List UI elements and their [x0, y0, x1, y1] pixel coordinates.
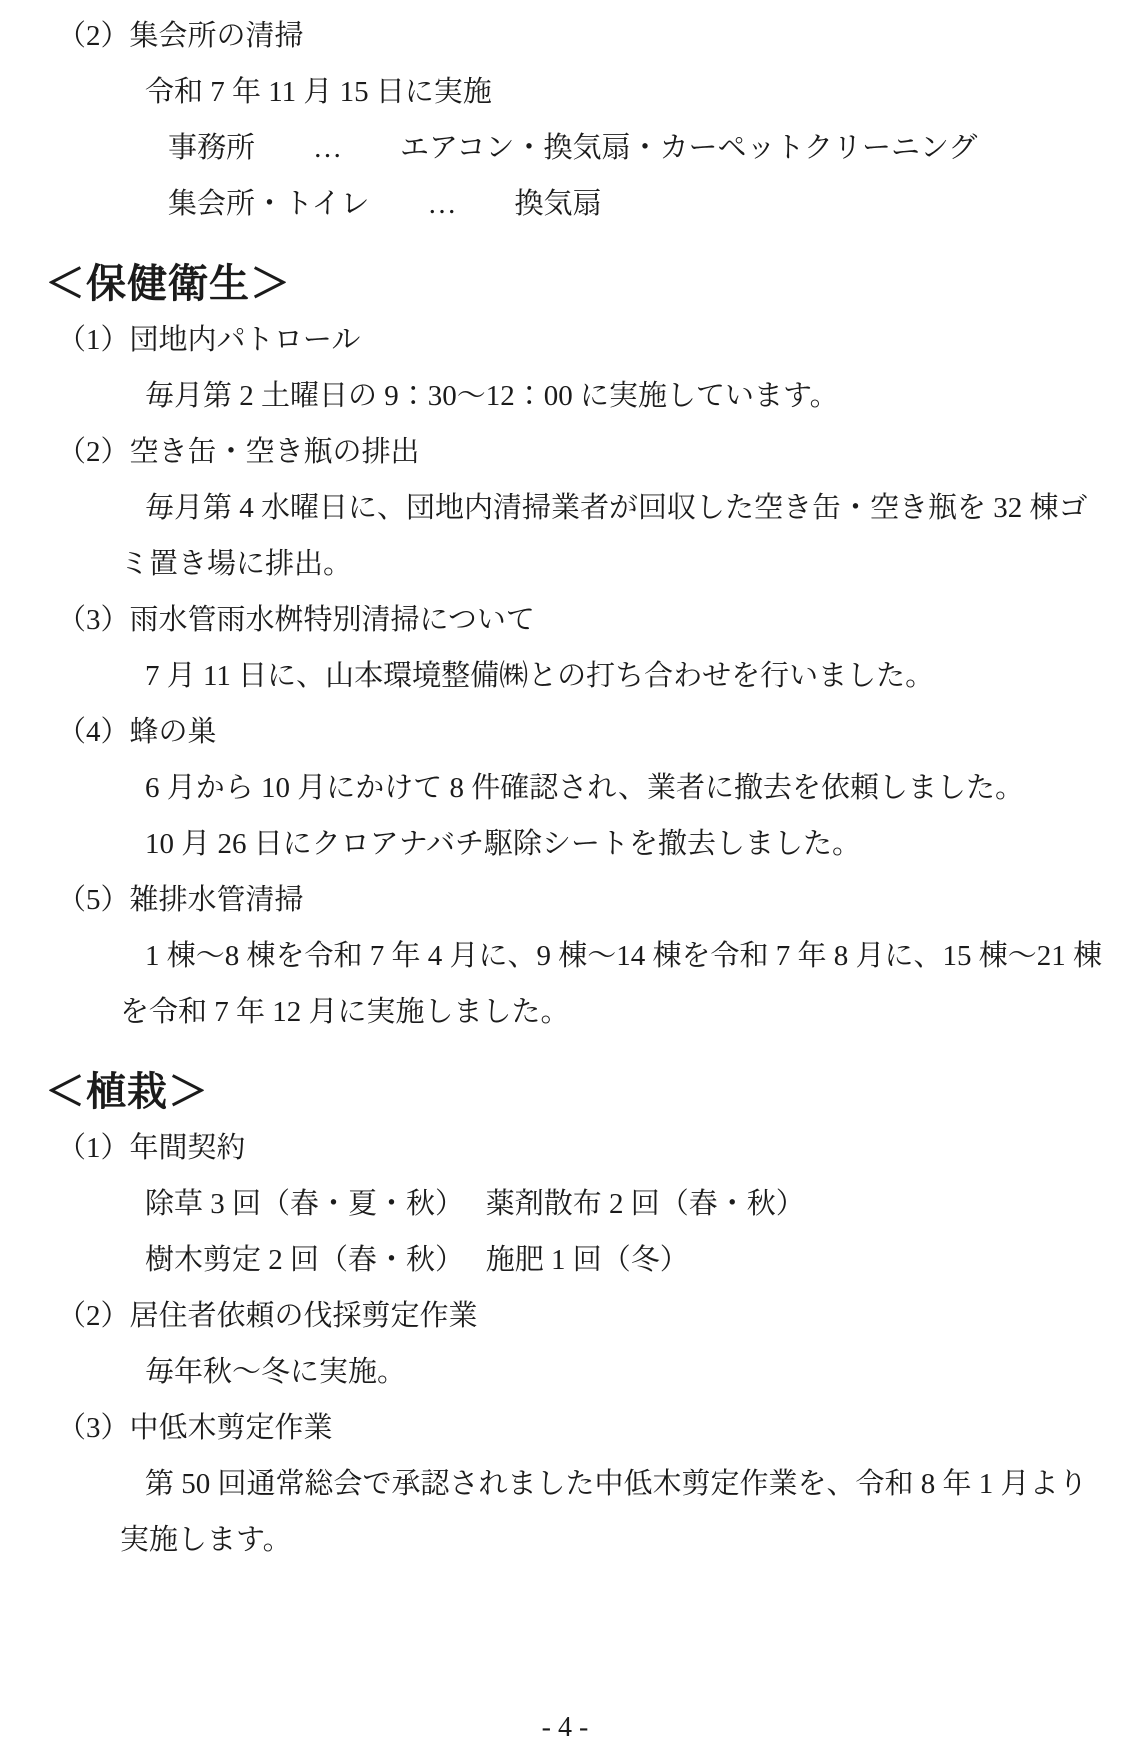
text-line: （1）年間契約 — [57, 1120, 1130, 1176]
text-line: （5）雑排水管清掃 — [57, 872, 1130, 928]
text-line: 6 月から 10 月にかけて 8 件確認され、業者に撤去を依頼しました。 — [145, 760, 1130, 816]
section-header: ＜保健衛生＞ — [45, 256, 1130, 312]
section-header: ＜植栽＞ — [45, 1064, 1130, 1120]
text-line: を令和 7 年 12 月に実施しました。 — [120, 984, 1130, 1040]
text-line: 1 棟〜8 棟を令和 7 年 4 月に、9 棟〜14 棟を令和 7 年 8 月に… — [145, 928, 1130, 984]
text-line: 除草 3 回（春・夏・秋） 薬剤散布 2 回（春・秋） — [145, 1176, 1130, 1232]
document-body: （2）集会所の清掃令和 7 年 11 月 15 日に実施事務所 … エアコン・換… — [0, 0, 1130, 1568]
text-line: 毎月第 4 水曜日に、団地内清掃業者が回収した空き缶・空き瓶を 32 棟ゴ — [145, 480, 1130, 536]
text-line: （2）集会所の清掃 — [57, 8, 1130, 64]
text-line: 7 月 11 日に、山本環境整備㈱との打ち合わせを行いました。 — [145, 648, 1130, 704]
text-line: （2）空き缶・空き瓶の排出 — [57, 424, 1130, 480]
text-line: 樹木剪定 2 回（春・秋） 施肥 1 回（冬） — [145, 1232, 1130, 1288]
text-line: ミ置き場に排出。 — [120, 536, 1130, 592]
text-line: （3）雨水管雨水桝特別清掃について — [57, 592, 1130, 648]
text-line: 10 月 26 日にクロアナバチ駆除シートを撤去しました。 — [145, 816, 1130, 872]
text-line: 事務所 … エアコン・換気扇・カーペットクリーニング — [168, 120, 1130, 176]
text-line: 毎月第 2 土曜日の 9：30〜12：00 に実施しています。 — [145, 368, 1130, 424]
page-number: - 4 - — [542, 1712, 589, 1743]
text-line: （4）蜂の巣 — [57, 704, 1130, 760]
text-line: 集会所・トイレ … 換気扇 — [168, 176, 1130, 232]
text-line: （2）居住者依頼の伐採剪定作業 — [57, 1288, 1130, 1344]
page-footer: - 4 - — [0, 1700, 1130, 1756]
text-line: （3）中低木剪定作業 — [57, 1400, 1130, 1456]
text-line: 毎年秋〜冬に実施。 — [145, 1344, 1130, 1400]
text-line: 実施します。 — [120, 1512, 1130, 1568]
text-line: （1）団地内パトロール — [57, 312, 1130, 368]
document-page: （2）集会所の清掃令和 7 年 11 月 15 日に実施事務所 … エアコン・換… — [0, 0, 1130, 1764]
text-line: 令和 7 年 11 月 15 日に実施 — [145, 64, 1130, 120]
text-line: 第 50 回通常総会で承認されました中低木剪定作業を、令和 8 年 1 月より — [145, 1456, 1130, 1512]
